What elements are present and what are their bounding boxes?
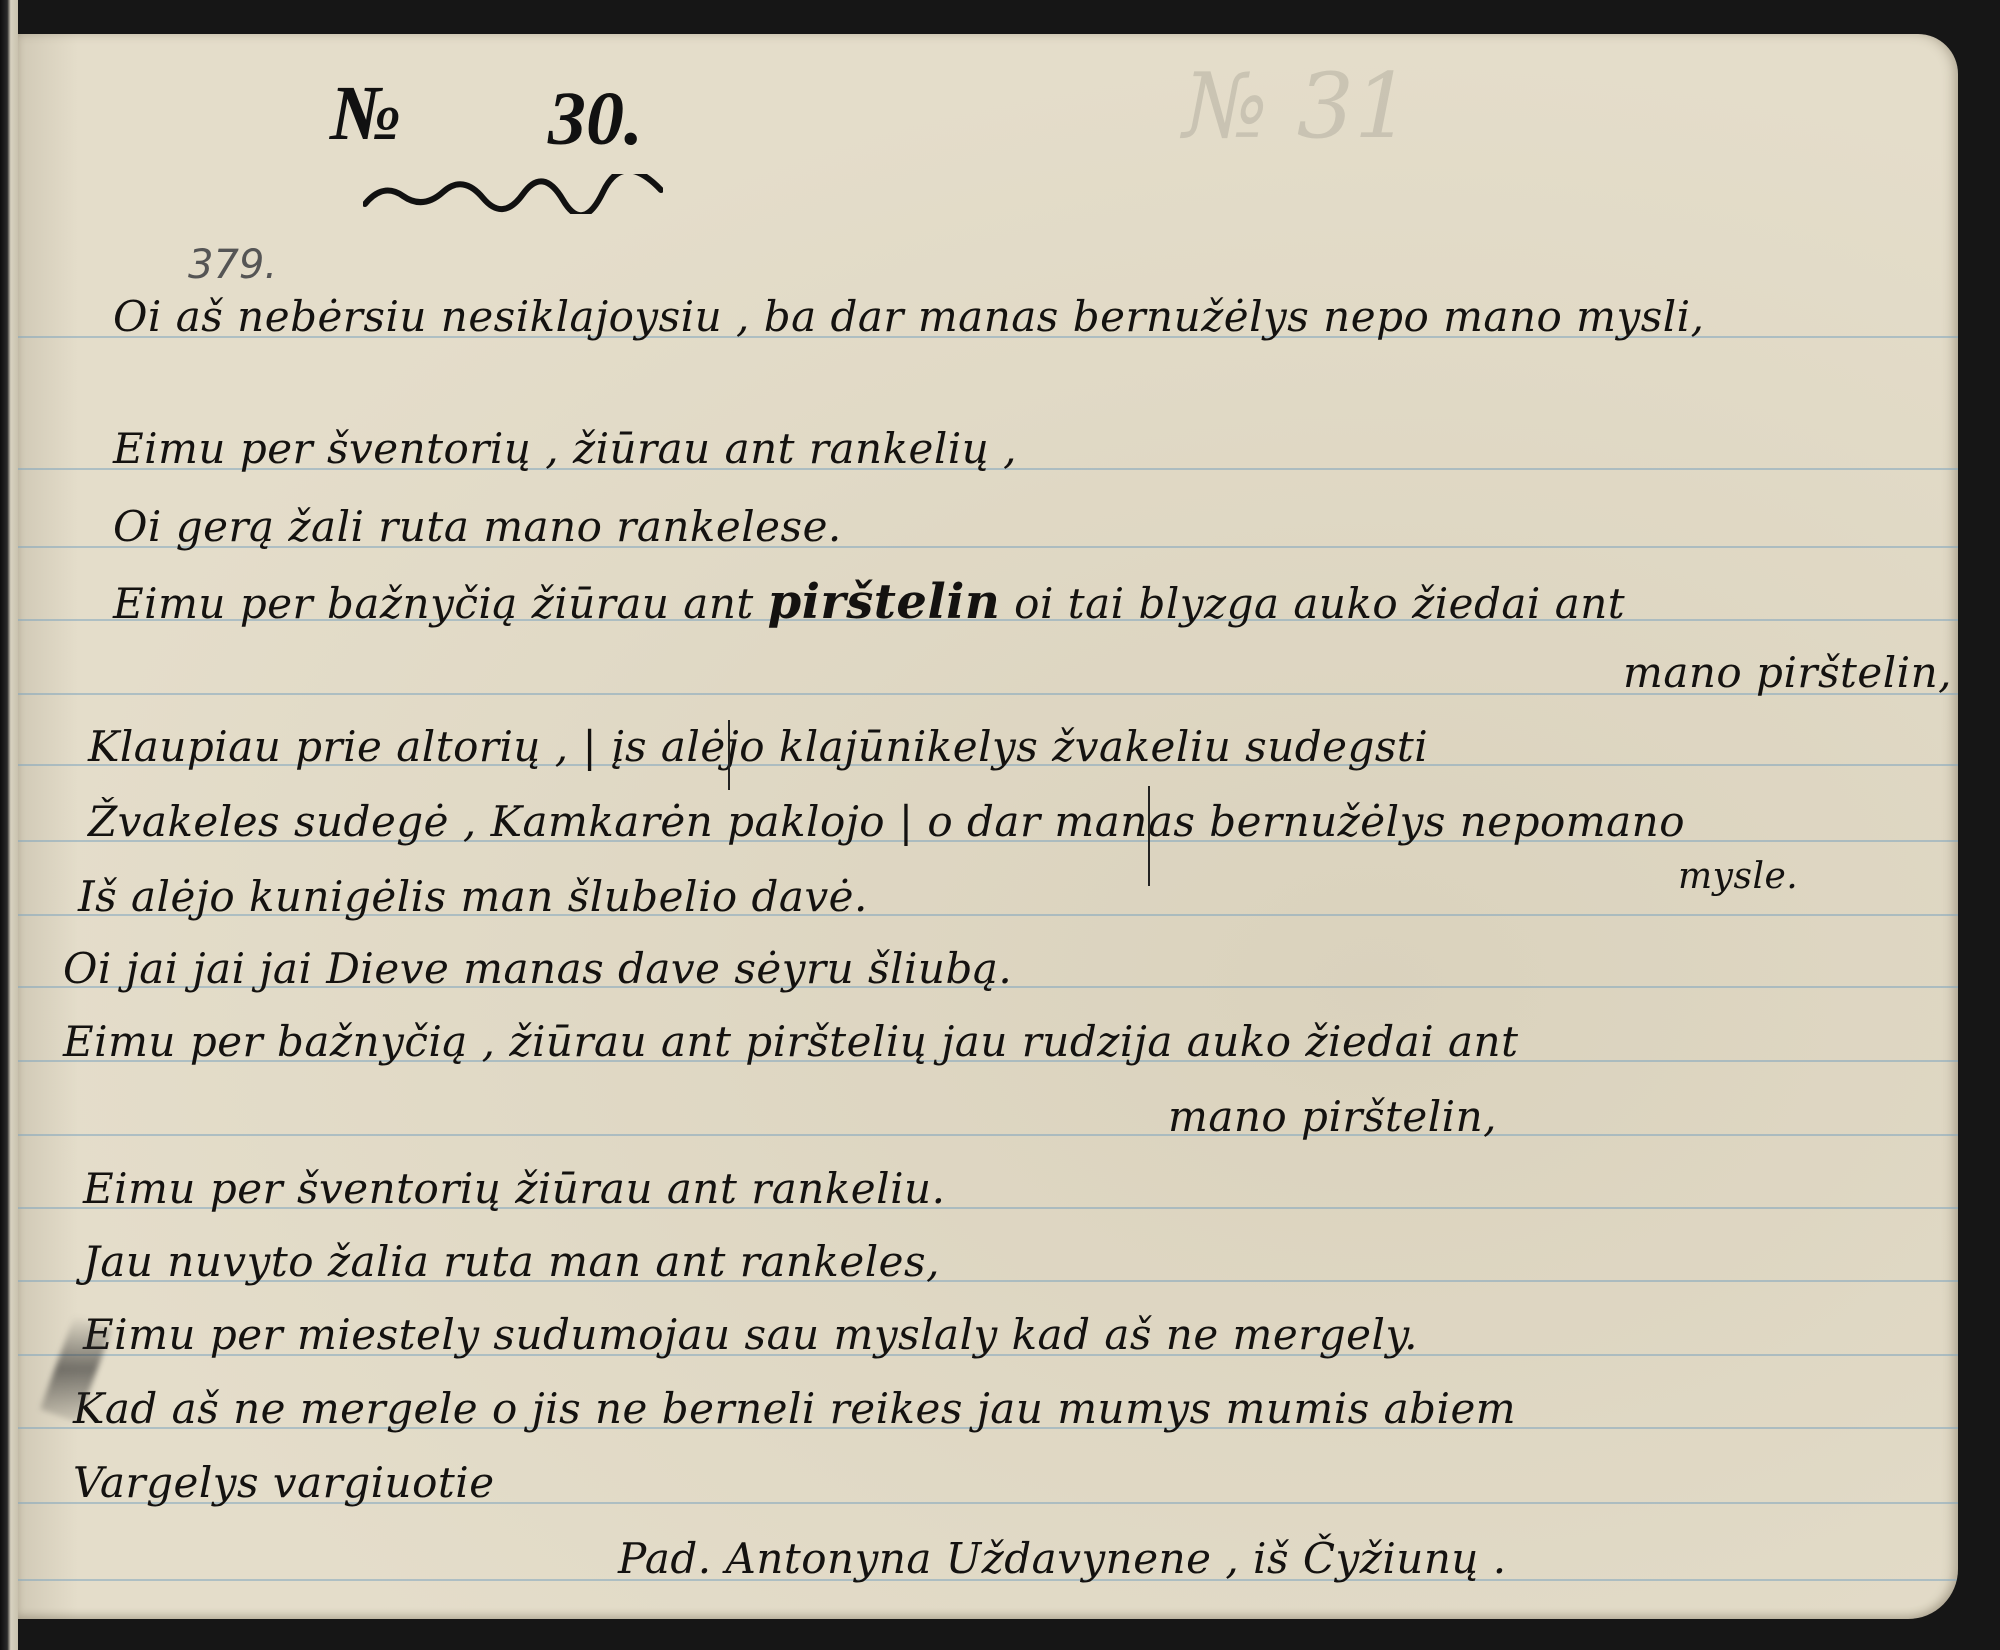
text-line-5-indented: mano pirštelin,: [1623, 648, 1952, 697]
text-line-12-indented: mano pirštelin,: [1168, 1092, 1497, 1141]
text-line-11: Eimu per bažnyčią , žiūrau ant pirštelių…: [63, 1017, 1518, 1066]
scanned-manuscript: № 31 № 30. 379. Oi aš nebėrsiu nesiklajo…: [0, 0, 2000, 1650]
editorial-divider-stroke: [1148, 786, 1150, 886]
text-line-15: Eimu per miestely sudumojau sau myslaly …: [83, 1310, 1418, 1359]
number-sign: №: [330, 68, 401, 158]
signature-attribution: Pad. Antonyna Uždavynene , iš Čyžiunų .: [618, 1534, 1507, 1583]
text-line-4-end: oi tai blyzga auko žiedai ant: [1014, 579, 1625, 628]
text-line-2: Eimu per šventorių , žiūrau ant rankelių…: [113, 424, 1017, 473]
text-line-13: Eimu per šventorių žiūrau ant rankeliu.: [83, 1164, 945, 1213]
song-number: 30.: [548, 76, 643, 163]
decorative-squiggle-icon: [363, 174, 663, 214]
folio-number: 379.: [188, 242, 277, 288]
text-line-3: Oi gerą žali ruta mano rankelese.: [113, 502, 842, 551]
text-line-7: Žvakeles sudegė , Kamkarėn paklojo | o d…: [88, 797, 1685, 846]
notebook-page: № 31 № 30. 379. Oi aš nebėrsiu nesiklajo…: [18, 34, 1958, 1619]
text-line-1: Oi aš nebėrsiu nesiklajoysiu , ba dar ma…: [113, 292, 1704, 341]
notebook-binding-edge: [0, 0, 18, 1650]
bleed-through-heading: № 31: [1183, 54, 1411, 159]
text-line-6: Klaupiau prie altorių , | įs alėjo klajū…: [88, 722, 1428, 771]
text-line-14: Jau nuvyto žalia ruta man ant rankeles,: [83, 1237, 940, 1286]
text-line-8-indented: mysle.: [1678, 856, 1798, 897]
text-line-17: Vargelys vargiuotie: [73, 1458, 495, 1507]
text-line-9: Iš alėjo kunigėlis man šlubelio davė.: [78, 872, 868, 921]
editorial-divider-stroke: [728, 720, 730, 790]
text-line-16: Kad aš ne mergele o jis ne berneli reike…: [73, 1384, 1516, 1433]
emphasized-word: pirštelin: [768, 574, 1001, 630]
ruled-line: [18, 1134, 1958, 1136]
text-line-4-start: Eimu per bažnyčią žiūrau ant: [113, 579, 754, 628]
text-line-10: Oi jai jai jai Dieve manas dave sėyru šl…: [63, 944, 1012, 993]
text-line-4: Eimu per bažnyčią žiūrau ant pirštelin o…: [113, 574, 1625, 630]
